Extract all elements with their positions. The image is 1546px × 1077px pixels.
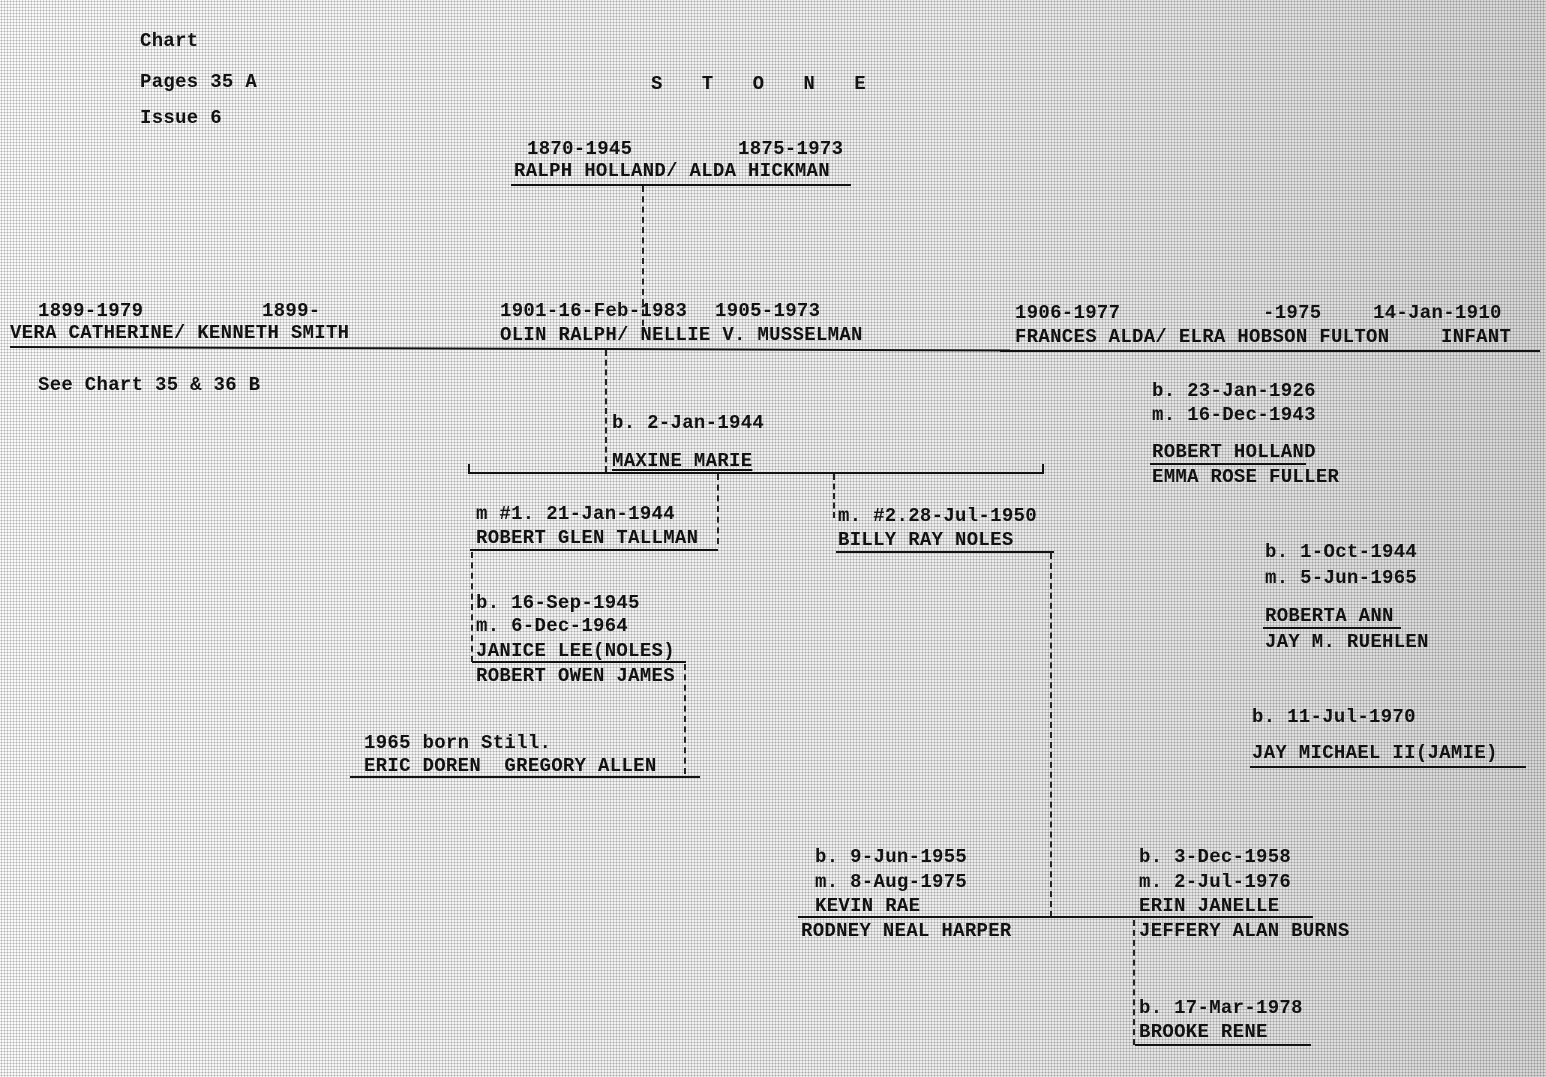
alda-dates: 1875-1973 [738,138,843,160]
james-descent-line [684,664,686,774]
chart-label: Chart [140,30,199,52]
robert-name: ROBERT HOLLAND [1152,441,1316,463]
james-children-names: ERIC DOREN GREGORY ALLEN [364,755,657,777]
burns-descent-line [1133,920,1135,1045]
elra-dates: -1975 [1263,302,1322,324]
frances-couple: FRANCES ALDA/ ELRA HOBSON FULTON [1015,326,1389,348]
jay-michael-underline [1250,766,1526,768]
pages-label: Pages 35 A [140,71,257,93]
roberta-name: ROBERTA ANN [1265,605,1394,627]
brooke-birth: b. 17-Mar-1978 [1139,997,1303,1019]
kevin-spouse: RODNEY NEAL HARPER [801,920,1012,942]
janice-name: JANICE LEE(NOLES) [476,640,675,662]
issue-label: Issue 6 [140,107,222,129]
roberta-spouse: JAY M. RUEHLEN [1265,631,1429,653]
marriage1-line [717,474,719,544]
roberta-birth: b. 1-Oct-1944 [1265,541,1417,563]
vera-couple: VERA CATHERINE/ KENNETH SMITH [10,322,349,344]
marriage1-spouse: ROBERT GLEN TALLMAN [476,527,698,549]
marriage2-line [833,474,835,518]
gen1-underline [511,184,851,186]
robert-marriage: m. 16-Dec-1943 [1152,404,1316,426]
infant-date: 14-Jan-1910 [1373,302,1502,324]
kevin-birth: b. 9-Jun-1955 [815,846,967,868]
robert-birth: b. 23-Jan-1926 [1152,380,1316,402]
ralph-dates: 1870-1945 [527,138,632,160]
erin-birth: b. 3-Dec-1958 [1139,846,1291,868]
marriage2-spouse: BILLY RAY NOLES [838,529,1014,551]
janice-underline [472,661,686,663]
robert-spouse: EMMA ROSE FULLER [1152,466,1339,488]
vera-see-chart-note: See Chart 35 & 36 B [38,374,260,396]
roberta-underline [1263,627,1401,629]
vera-dates: 1899-1979 [38,300,143,322]
bar-tick-right [1042,464,1044,473]
brooke-underline [1135,1044,1311,1046]
janice-marriage: m. 6-Dec-1964 [476,615,628,637]
maxine-marriage-bar [468,472,1044,474]
james-children-underline [350,776,700,778]
marriage2-underline [836,551,1054,553]
maxine-birth: b. 2-Jan-1944 [612,412,764,434]
noles-descent-line [1050,553,1052,917]
marriage1-underline [470,549,718,551]
janice-descent-line [471,552,473,662]
janice-spouse: ROBERT OWEN JAMES [476,665,675,687]
gen2-line-right [1000,350,1540,352]
marriage2-date: m. #2.28-Jul-1950 [838,505,1037,527]
frances-dates: 1906-1977 [1015,302,1120,324]
infant-name: INFANT [1441,326,1511,348]
kenneth-dates: 1899- [262,300,321,322]
olin-dates: 1901-16-Feb-1983 [500,300,687,322]
janice-birth: b. 16-Sep-1945 [476,592,640,614]
nellie-dates: 1905-1973 [715,300,820,322]
olin-descent-line [605,350,607,472]
james-children-note: 1965 born Still. [364,732,551,754]
brooke-name: BROOKE RENE [1139,1021,1268,1043]
maxine-name: MAXINE MARIE [612,450,752,472]
olin-couple: OLIN RALPH/ NELLIE V. MUSSELMAN [500,324,863,346]
roberta-marriage: m. 5-Jun-1965 [1265,567,1417,589]
bar-tick-left [468,464,470,473]
erin-name: ERIN JANELLE [1139,895,1279,917]
erin-spouse: JEFFERY ALAN BURNS [1139,920,1350,942]
robert-underline [1150,463,1306,465]
family-title: S T O N E [651,73,880,95]
marriage1-date: m #1. 21-Jan-1944 [476,503,675,525]
jay-michael-name: JAY MICHAEL II(JAMIE) [1252,742,1498,764]
erin-marriage: m. 2-Jul-1976 [1139,871,1291,893]
gen1-couple: RALPH HOLLAND/ ALDA HICKMAN [514,160,830,182]
jay-michael-birth: b. 11-Jul-1970 [1252,706,1416,728]
kevin-name: KEVIN RAE [815,895,920,917]
kevin-marriage: m. 8-Aug-1975 [815,871,967,893]
gen2-line-left [10,346,1010,351]
